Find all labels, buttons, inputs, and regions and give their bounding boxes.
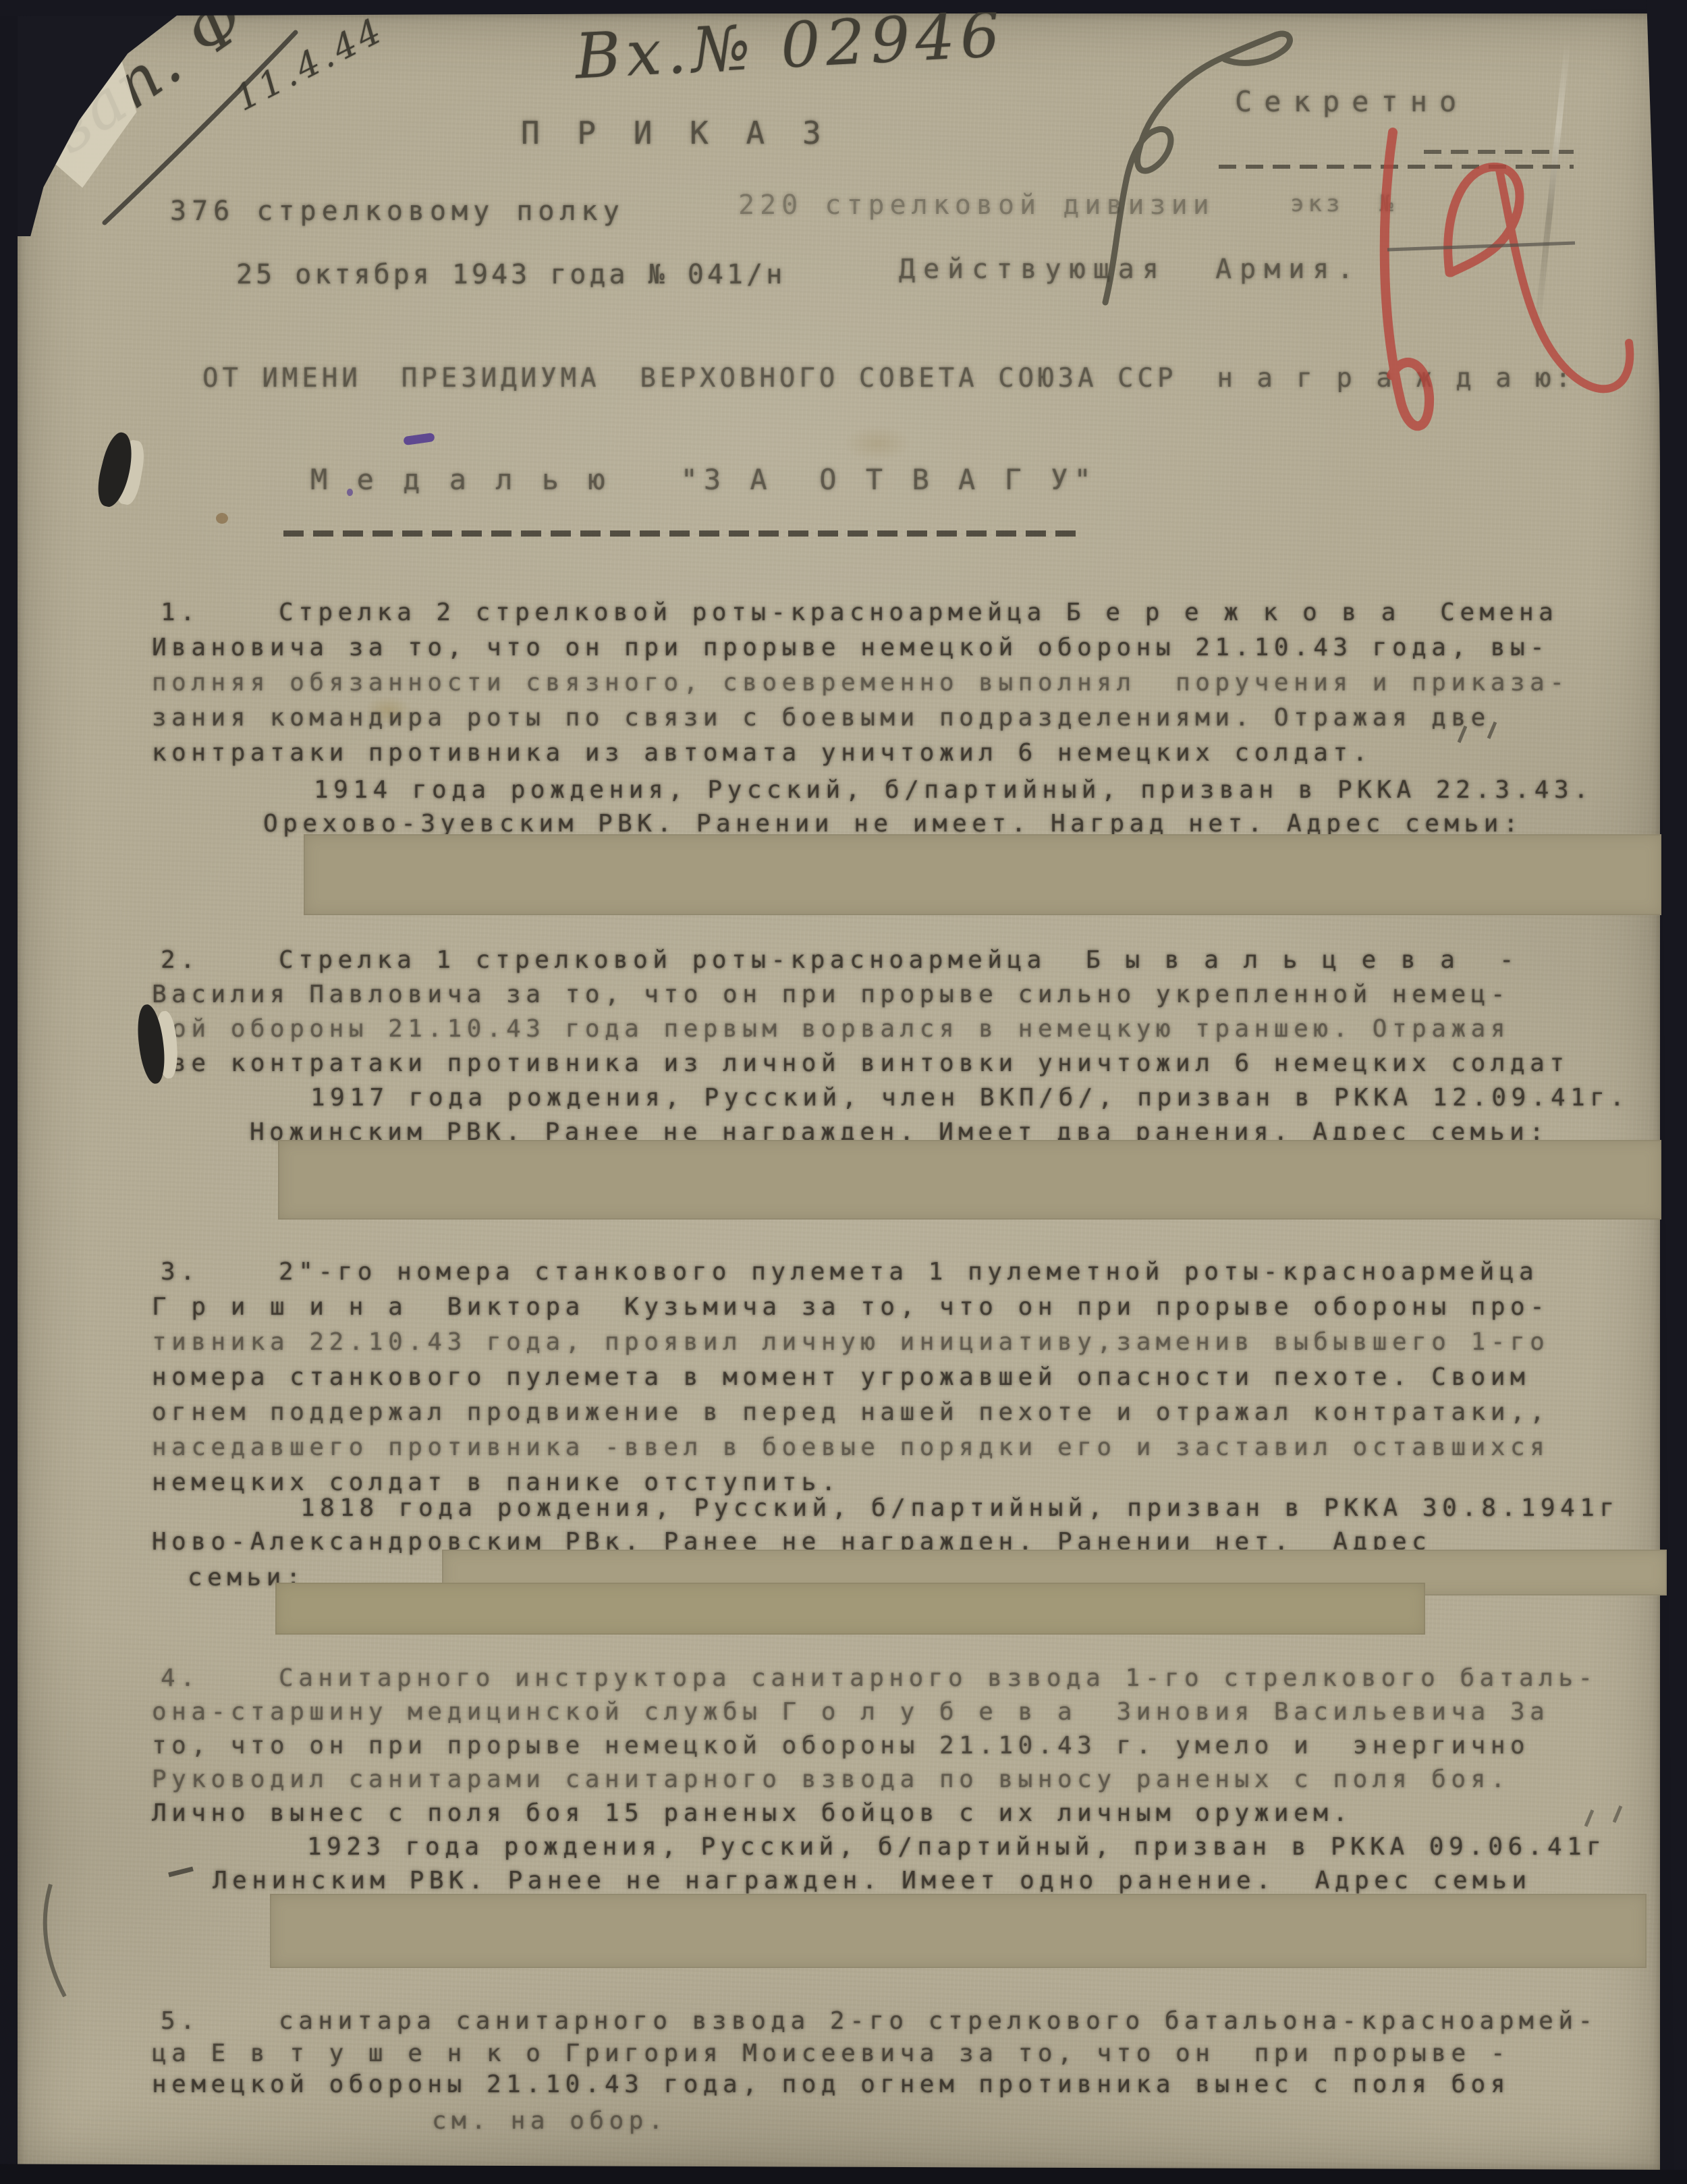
entry-3-line-4: номера станкового пулемета в момент угро… (152, 1362, 1530, 1393)
entry-3-line-6: наседавшего противника -ввел в боевые по… (152, 1432, 1549, 1463)
entry-4-line-1: 4. Санитарного инструктора санитарного в… (161, 1663, 1598, 1694)
order-title: П Р И К А З (521, 115, 831, 151)
copy-number-label: экз № (1290, 190, 1398, 217)
entry-1-line-3: полняя обязанности связного, своевременн… (152, 667, 1570, 699)
entry-4-bio-2: Ленинским РВК. Ранее не награжден. Имеет… (213, 1865, 1532, 1896)
entry-2-line-2: Василия Павловича за то, что он при прор… (152, 979, 1510, 1010)
entry-1-bio-1: 1914 года рождения, Русский, б/партийный… (314, 775, 1593, 806)
stain (216, 513, 228, 524)
entry-2-line-4: Две контратаки противника из личной винт… (152, 1048, 1570, 1079)
entry-3-line-3: тивника 22.10.43 года, проявил личную ин… (152, 1327, 1549, 1358)
entry-2-bio-1: 1917 года рождения, Русский, член ВКП/б/… (310, 1083, 1630, 1114)
continued-note: см. на обор. (432, 2106, 668, 2137)
entry-5-line-2: ца Е в т у ш е н к о Григория Моисеевича… (152, 2038, 1510, 2069)
entry-4-line-2: она-старшину медицинской службы Г о л у … (152, 1697, 1549, 1728)
redaction-box (270, 1894, 1647, 1968)
redaction-box (278, 1140, 1661, 1220)
unit-line-right: 220 стрелковой дивизии (738, 190, 1215, 221)
stain (843, 425, 911, 462)
entry-4-line-4: Руководил санитарами санитарного взвода … (152, 1764, 1510, 1795)
entry-1-line-5: контратаки противника из автомата уничто… (152, 738, 1373, 769)
entry-3-bio-1: 1818 года рождения, Русский, б/партийный… (300, 1493, 1620, 1524)
entry-1-line-1: 1. Стрелка 2 стрелковой роты-красноармей… (161, 597, 1558, 628)
entry-5-line-1: 5. санитара санитарного взвода 2-го стре… (161, 2006, 1598, 2037)
classification-underline (1219, 165, 1574, 169)
classification-underline (1424, 150, 1574, 154)
classification-label: Секретно (1235, 85, 1468, 118)
entry-4-bio-1: 1923 года рождения, Русский, б/партийный… (307, 1832, 1606, 1863)
entry-4-line-3: то, что он при прорыве немецкой обороны … (152, 1730, 1530, 1762)
entry-1-line-2: Ивановича за то, что он при прорыве неме… (152, 632, 1549, 663)
medal-underline (283, 530, 1076, 537)
document-scan: зап. Ф 11.4.44 Вх.№ 02946 Секретно экз №… (0, 0, 1687, 2184)
entry-5-line-3: немецкой обороны 21.10.43 года, под огне… (152, 2069, 1510, 2100)
entry-3-line-1: 3. 2"-го номера станкового пулемета 1 пу… (161, 1257, 1539, 1288)
entry-2-line-1: 2. Стрелка 1 стрелковой роты-красноармей… (161, 945, 1519, 976)
redaction-box (275, 1583, 1425, 1635)
entry-3-line-5: огнем поддержал продвижение в перед наше… (152, 1397, 1549, 1428)
redaction-box (304, 834, 1661, 915)
order-date-number: 25 октября 1943 года № 041/н (236, 259, 785, 290)
preamble: ОТ ИМЕНИ ПРЕЗИДИУМА ВЕРХОВНОГО СОВЕТА СО… (202, 363, 1575, 393)
entry-3-line-2: Г р и ш и н а Виктора Кузьмича за то, чт… (152, 1292, 1549, 1323)
medal-line: М е д а л ь ю "З А О Т В А Г У" (310, 463, 1097, 496)
entry-1-line-4: зания командира роты по связи с боевыми … (152, 703, 1491, 734)
unit-line-left: 376 стрелковому полку (170, 196, 625, 227)
army-note: Действующая Армия. (899, 254, 1362, 285)
entry-2-line-3: кой обороны 21.10.43 года первым ворвалс… (152, 1014, 1510, 1045)
entry-4-line-5: Лично вынес с поля боя 15 раненых бойцов… (152, 1798, 1353, 1829)
